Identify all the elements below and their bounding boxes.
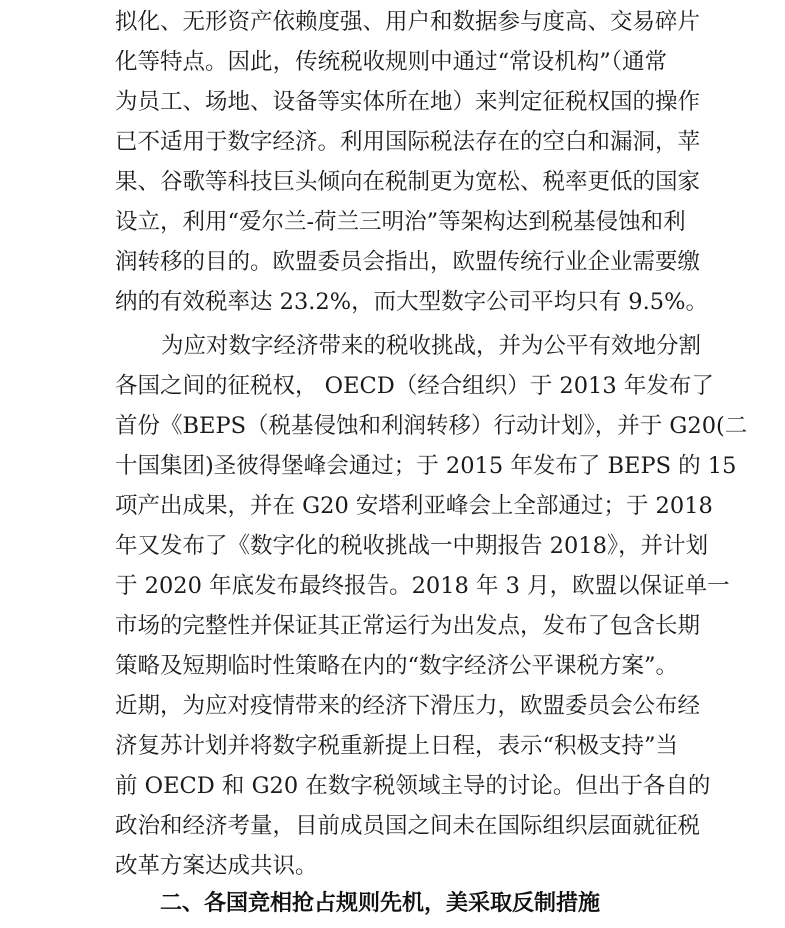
paragraph-2-line-9: 策略及短期临时性策略在内的“数字经济公平课税方案”。: [115, 646, 667, 686]
paragraph-2-line-8: 市场的完整性并保证其正常运行为出发点，发布了包含长期: [115, 606, 667, 646]
section-heading: 二、各国竞相抢占规则先机，美采取反制措施: [160, 884, 600, 924]
paragraph-2-line-10: 近期，为应对疫情带来的经济下滑压力，欧盟委员会公布经: [115, 686, 667, 726]
paragraph-2-line-6: 年又发布了《数字化的税收挑战一中期报告 2018》，并计划: [115, 526, 667, 566]
paragraph-2-line-13: 政治和经济考量，目前成员国之间未在国际组织层面就征税: [115, 806, 667, 846]
paragraph-2-line-12: 前 OECD 和 G20 在数字税领域主导的讨论。但出于各自的: [115, 766, 667, 806]
paragraph-1-line-5: 果、谷歌等科技巨头倾向在税制更为宽松、税率更低的国家: [115, 162, 667, 202]
paragraph-2-line-1: 为应对数字经济带来的税收挑战，并为公平有效地分割: [161, 326, 667, 366]
paragraph-2-line-14: 改革方案达成共识。: [115, 846, 667, 886]
paragraph-1-line-4: 已不适用于数字经济。利用国际税法存在的空白和漏洞，苹: [115, 122, 667, 162]
paragraph-1-line-8: 纳的有效税率达 23.2%，而大型数字公司平均只有 9.5%。: [115, 282, 667, 322]
paragraph-2-line-11: 济复苏计划并将数字税重新提上日程，表示“积极支持”当: [115, 726, 667, 766]
paragraph-2-line-3: 首份《BEPS（税基侵蚀和利润转移）行动计划》，并于 G20(二: [115, 406, 667, 446]
paragraph-2-line-2: 各国之间的征税权， OECD（经合组织）于 2013 年发布了: [115, 366, 667, 406]
paragraph-1-line-3: 为员工、场地、设备等实体所在地）来判定征税权国的操作: [115, 82, 667, 122]
paragraph-1-line-1: 拟化、无形资产依赖度强、用户和数据参与度高、交易碎片: [115, 2, 667, 42]
paragraph-2-line-7: 于 2020 年底发布最终报告。2018 年 3 月，欧盟以保证单一: [115, 566, 667, 606]
paragraph-1-line-2: 化等特点。因此，传统税收规则中通过“常设机构”（通常: [115, 42, 667, 82]
paragraph-1-line-7: 润转移的目的。欧盟委员会指出，欧盟传统行业企业需要缴: [115, 242, 667, 282]
paragraph-2-line-5: 项产出成果，并在 G20 安塔利亚峰会上全部通过；于 2018: [115, 486, 667, 526]
paragraph-2-line-4: 十国集团)圣彼得堡峰会通过；于 2015 年发布了 BEPS 的 15: [115, 446, 667, 486]
paragraph-1-line-6: 设立，利用“爱尔兰-荷兰三明治”等架构达到税基侵蚀和利: [115, 202, 667, 242]
